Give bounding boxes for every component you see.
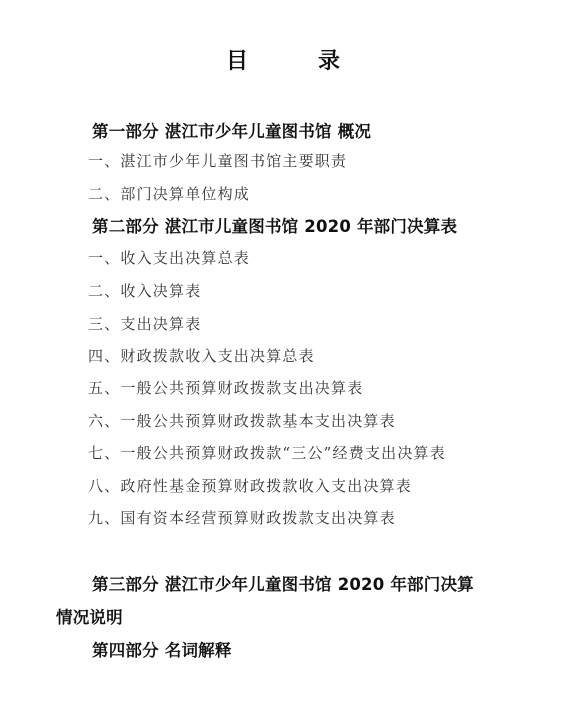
toc-item: 四、财政拨款收入支出决算总表 xyxy=(88,345,315,366)
toc-item: 九、国有资本经营预算财政拨款支出决算表 xyxy=(88,507,396,528)
toc-item: 一、收入支出决算总表 xyxy=(88,247,250,268)
title-char-1: 目 xyxy=(226,44,248,75)
toc-part-1-heading: 第一部分 湛江市少年儿童图书馆 概况 xyxy=(92,118,371,142)
toc-part-2-heading: 第二部分 湛江市儿童图书馆 2020 年部门决算表 xyxy=(92,213,457,237)
toc-item: 一、湛江市少年儿童图书馆主要职责 xyxy=(88,150,347,171)
toc-part-3-heading-continued: 情况说明 xyxy=(56,604,123,628)
toc-item: 八、政府性基金预算财政拨款收入支出决算表 xyxy=(88,475,412,496)
page-title: 目 录 xyxy=(0,44,563,78)
toc-item: 七、一般公共预算财政拨款“三公”经费支出决算表 xyxy=(88,442,446,463)
toc-part-3-heading: 第三部分 湛江市少年儿童图书馆 2020 年部门决算 xyxy=(92,571,474,595)
toc-item: 二、部门决算单位构成 xyxy=(88,183,250,204)
toc-item: 六、一般公共预算财政拨款基本支出决算表 xyxy=(88,410,396,431)
toc-item: 二、收入决算表 xyxy=(88,280,201,301)
toc-part-4-heading: 第四部分 名词解释 xyxy=(92,637,232,661)
toc-page: 目 录 第一部分 湛江市少年儿童图书馆 概况 一、湛江市少年儿童图书馆主要职责 … xyxy=(0,0,563,703)
toc-item: 五、一般公共预算财政拨款支出决算表 xyxy=(88,377,363,398)
toc-item: 三、支出决算表 xyxy=(88,313,201,334)
title-char-2: 录 xyxy=(318,44,340,75)
